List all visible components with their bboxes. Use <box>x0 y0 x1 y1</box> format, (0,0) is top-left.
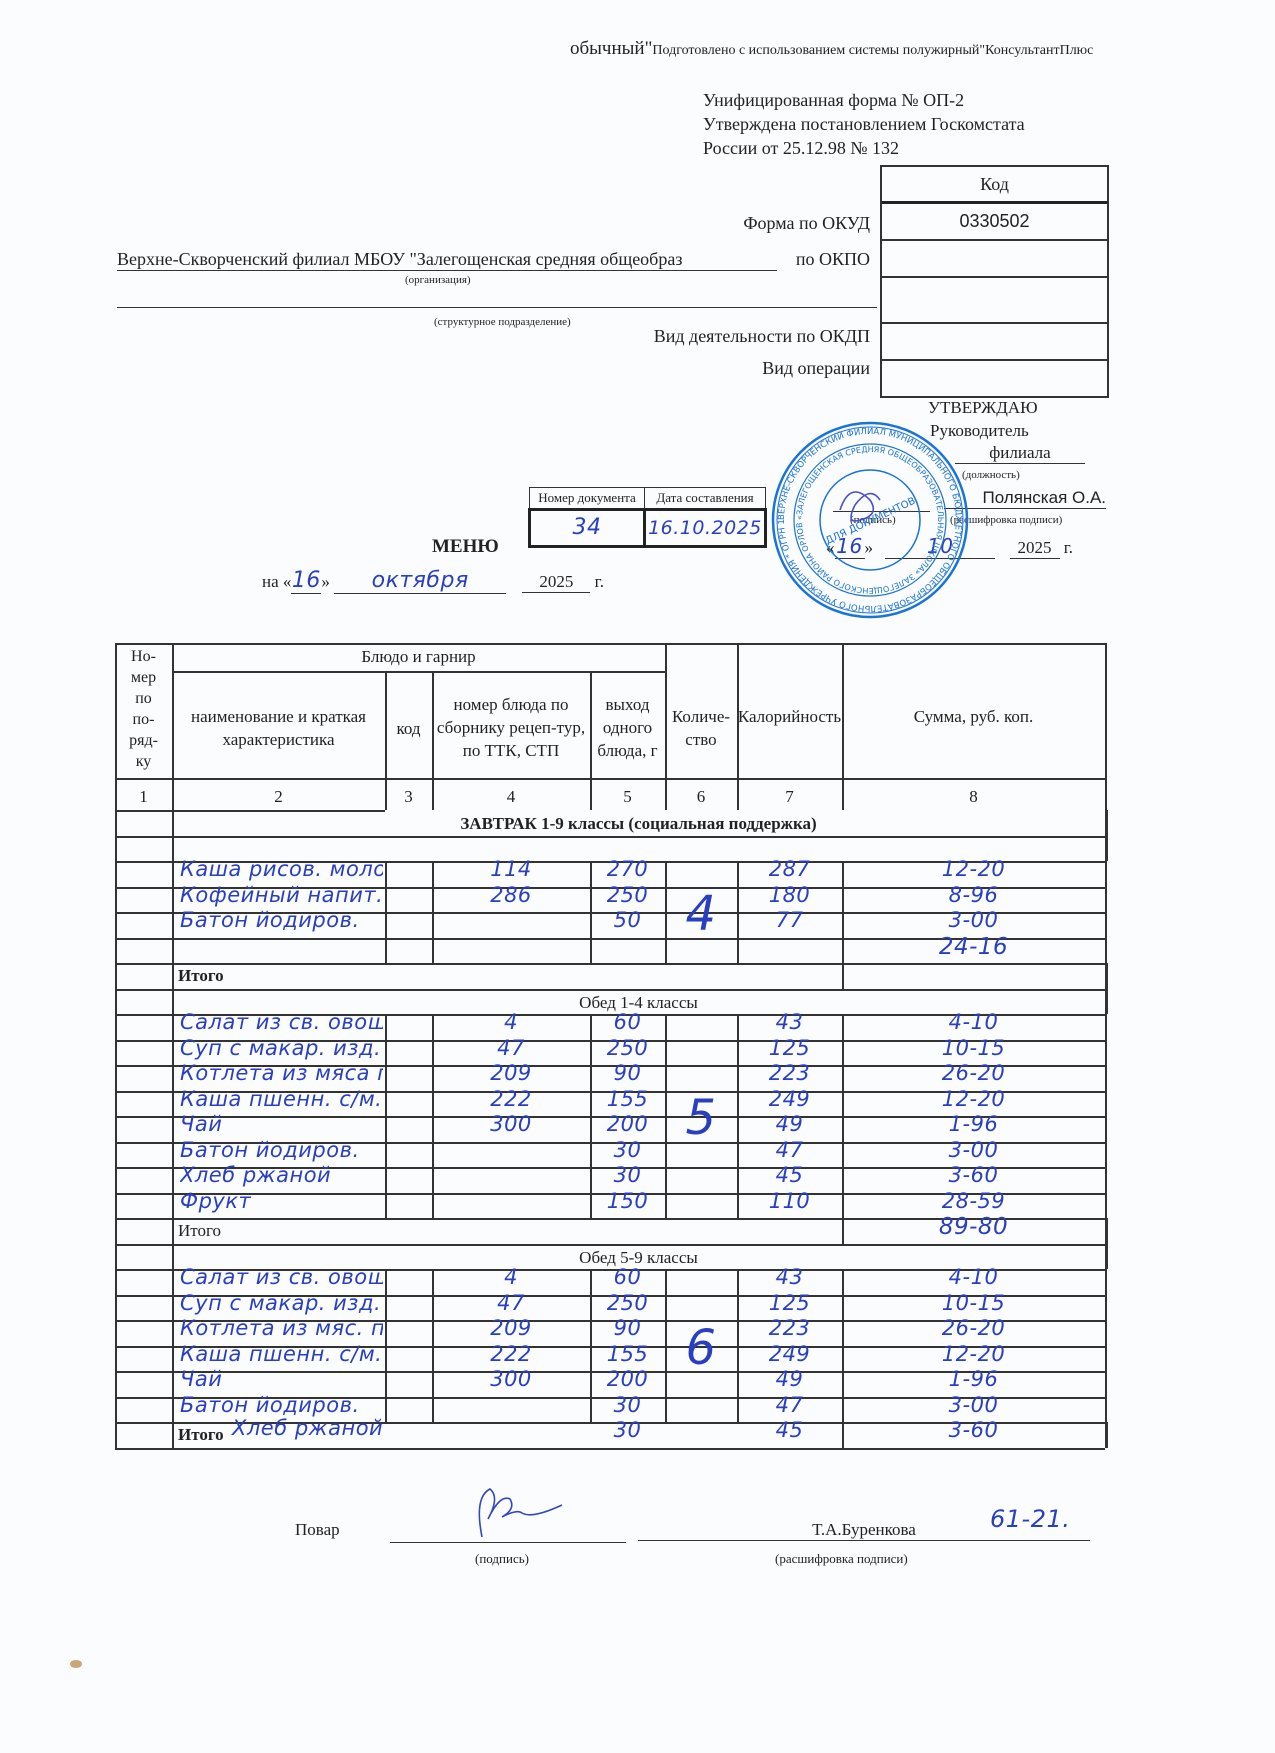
column-divider <box>842 1014 844 1218</box>
column-divider <box>172 1422 174 1448</box>
column-divider <box>115 1014 117 1218</box>
column-divider <box>1105 861 1107 963</box>
dish-yield[interactable]: 270 <box>590 857 665 881</box>
footer-signature-field[interactable] <box>390 1520 626 1543</box>
dish-name[interactable]: Хлеб ржаной <box>232 1416 383 1440</box>
approval-title: УТВЕРЖДАЮ <box>928 398 1038 418</box>
row-divider <box>115 1448 1105 1451</box>
dish-name[interactable]: Хлеб ржаной <box>180 1163 383 1187</box>
column-divider <box>737 1269 739 1422</box>
dish-name[interactable]: Суп с макар. изд. <box>180 1036 383 1060</box>
menu-date: на «16» октября 2025 г. <box>262 568 604 594</box>
column-divider <box>1105 1244 1108 1270</box>
column-number-4: 4 <box>432 785 590 808</box>
section-quantity[interactable]: 4 <box>665 886 737 942</box>
dish-calories[interactable]: 49 <box>737 1367 842 1391</box>
dish-sum[interactable]: 12-20 <box>842 857 1105 881</box>
column-divider <box>115 963 117 989</box>
column-divider <box>590 1269 592 1422</box>
section-quantity[interactable]: 5 <box>665 1090 737 1146</box>
section-subtotal: 24-16 <box>842 934 1105 960</box>
header-qty: Количе-ство <box>665 705 737 751</box>
dish-yield[interactable]: 250 <box>590 1036 665 1060</box>
approval-position-line2[interactable]: филиала <box>955 443 1085 464</box>
dish-sum[interactable]: 28-59 <box>842 1189 1105 1213</box>
dish-name[interactable]: Котлета из мяса птицы. <box>180 1061 383 1085</box>
paper-speck <box>70 1660 82 1668</box>
column-divider <box>115 861 117 963</box>
grand-total: 61-21. <box>990 1505 1070 1533</box>
column-divider <box>1105 1269 1107 1422</box>
column-divider <box>842 1218 844 1244</box>
dish-yield[interactable]: 30 <box>590 1393 665 1417</box>
column-number-3: 3 <box>385 785 432 808</box>
header-dish-group: Блюдо и гарнир <box>172 645 665 668</box>
form-info-line2: Утверждена постановлением Госкомстата <box>703 112 1025 136</box>
column-divider <box>115 1218 117 1244</box>
dish-recipe-number[interactable]: 114 <box>432 857 590 881</box>
quote-open: « <box>283 572 292 591</box>
footer-role: Повар <box>295 1520 340 1540</box>
column-divider <box>432 1269 434 1422</box>
dish-yield[interactable]: 60 <box>590 1265 665 1289</box>
dish-yield[interactable]: 30 <box>590 1163 665 1187</box>
column-divider <box>115 836 117 862</box>
footer-name-caption: (расшифровка подписи) <box>775 1551 908 1567</box>
dish-name[interactable]: Батон йодиров. <box>180 908 383 932</box>
column-divider <box>737 861 739 963</box>
dish-sum[interactable]: 4-10 <box>842 1265 1105 1289</box>
dish-calories[interactable]: 223 <box>737 1061 842 1085</box>
column-divider <box>590 1014 592 1218</box>
menu-month[interactable]: октября <box>334 568 506 594</box>
dish-recipe-number[interactable]: 286 <box>432 883 590 907</box>
cook-signature <box>460 1482 620 1542</box>
consultant-note: обычный"Подготовлено с использованием си… <box>570 38 1093 60</box>
dish-name[interactable]: Кофейный напит. <box>180 883 383 907</box>
column-number-5: 5 <box>590 785 665 808</box>
okud-label: Форма по ОКУД <box>743 213 870 234</box>
dish-calories[interactable]: 287 <box>737 857 842 881</box>
dish-calories[interactable]: 47 <box>737 1138 842 1162</box>
header-name: наименование и краткая характеристика <box>172 705 385 751</box>
organization-stamp: ВЕРХНЕ-СКВОРЧЕНСКИЙ ФИЛИАЛ МУНИЦИПАЛЬНОГ… <box>770 420 970 620</box>
dish-name[interactable]: Батон йодиров. <box>180 1138 383 1162</box>
dish-recipe-number[interactable]: 209 <box>432 1061 590 1085</box>
total-label: Итого <box>178 1221 221 1241</box>
dish-calories[interactable]: 49 <box>737 1112 842 1136</box>
dish-name[interactable]: Каша пшенн. с/м. <box>180 1087 383 1111</box>
dish-yield[interactable]: 90 <box>590 1316 665 1340</box>
dish-sum[interactable]: 12-20 <box>842 1087 1105 1111</box>
dish-sum[interactable]: 3-00 <box>842 1393 1105 1417</box>
row-divider <box>115 836 1105 838</box>
division-field[interactable] <box>117 288 877 308</box>
doc-date[interactable]: 16.10.2025 <box>645 510 766 547</box>
column-divider <box>172 963 174 989</box>
header-recipe: номер блюда по сборнику рецеп-тур, по ТТ… <box>432 693 590 762</box>
menu-on-label: на <box>262 572 279 591</box>
column-divider <box>1105 810 1108 836</box>
column-divider <box>172 1014 174 1218</box>
dish-name[interactable]: Фрукт <box>180 1189 383 1213</box>
dish-recipe-number[interactable]: 47 <box>432 1291 590 1315</box>
section-title: ЗАВТРАК 1-9 классы (социальная поддержка… <box>172 812 1105 835</box>
okpo-value-2[interactable] <box>882 276 1107 322</box>
dish-yield[interactable]: 150 <box>590 1189 665 1213</box>
column-number-2: 2 <box>172 785 385 808</box>
column-number-8: 8 <box>842 785 1105 808</box>
dish-name[interactable]: Чай <box>180 1112 383 1136</box>
dish-calories[interactable]: 125 <box>737 1291 842 1315</box>
column-divider <box>842 1422 844 1448</box>
column-divider <box>385 861 387 963</box>
dish-recipe-number[interactable]: 47 <box>432 1036 590 1060</box>
header-code: код <box>385 717 432 740</box>
dish-name[interactable]: Каша рисов. молочн. <box>180 857 383 881</box>
dish-yield[interactable]: 30 <box>590 1418 665 1442</box>
column-divider <box>842 963 844 989</box>
approval-year-suffix: г. <box>1064 538 1073 557</box>
dish-name[interactable]: Суп с макар. изд. <box>180 1291 383 1315</box>
dish-name[interactable]: Салат из св. овощ. <box>180 1010 383 1034</box>
okud-value[interactable]: 0330502 <box>882 201 1107 239</box>
dish-yield[interactable]: 90 <box>590 1061 665 1085</box>
dish-sum[interactable]: 26-20 <box>842 1316 1105 1340</box>
dish-name[interactable]: Каша пшенн. с/м. <box>180 1342 383 1366</box>
organization-name[interactable]: Верхне-Скворченский филиал МБОУ "Залегощ… <box>117 249 777 271</box>
dish-sum[interactable]: 3-60 <box>842 1418 1105 1442</box>
header-yield: выход одного блюда, г <box>590 693 665 762</box>
document-title: МЕНЮ <box>432 536 499 558</box>
dish-name[interactable]: Салат из св. овощ. <box>180 1265 383 1289</box>
dish-calories[interactable]: 110 <box>737 1189 842 1213</box>
column-divider <box>1105 1422 1108 1448</box>
column-divider <box>737 1014 739 1218</box>
operation-value[interactable] <box>882 359 1107 396</box>
dish-sum[interactable]: 1-96 <box>842 1367 1105 1391</box>
section-total: 89-80 <box>842 1214 1105 1240</box>
column-divider <box>590 861 592 963</box>
column-number-1: 1 <box>115 785 172 808</box>
dish-recipe-number[interactable]: 4 <box>432 1010 590 1034</box>
column-divider <box>172 861 174 963</box>
column-divider <box>172 836 174 862</box>
dish-sum[interactable]: 3-00 <box>842 1138 1105 1162</box>
column-divider <box>172 1269 174 1422</box>
dish-sum[interactable]: 1-96 <box>842 1112 1105 1136</box>
okpo-value[interactable] <box>882 239 1107 276</box>
dish-yield[interactable]: 30 <box>590 1138 665 1162</box>
dish-yield[interactable]: 50 <box>590 908 665 932</box>
menu-year-suffix: г. <box>595 572 604 591</box>
dish-yield[interactable]: 60 <box>590 1010 665 1034</box>
okdp-value[interactable] <box>882 322 1107 359</box>
consultant-note-prefix: обычный" <box>570 38 652 59</box>
dish-calories[interactable]: 47 <box>737 1393 842 1417</box>
dish-name[interactable]: Батон йодиров. <box>180 1393 383 1417</box>
column-divider <box>432 1014 434 1218</box>
dish-recipe-number[interactable]: 222 <box>432 1342 590 1366</box>
dish-yield[interactable]: 250 <box>590 883 665 907</box>
svg-text:ДЛЯ ДОКУМЕНТОВ: ДЛЯ ДОКУМЕНТОВ <box>824 496 917 547</box>
column-divider <box>115 1269 117 1422</box>
dish-sum[interactable]: 3-60 <box>842 1163 1105 1187</box>
dish-calories[interactable]: 125 <box>737 1036 842 1060</box>
total-label: Итого <box>178 1425 224 1445</box>
column-divider <box>1105 963 1108 989</box>
column-divider <box>432 861 434 963</box>
dish-calories[interactable]: 249 <box>737 1087 842 1111</box>
column-divider <box>1105 1014 1107 1218</box>
column-divider <box>1105 989 1108 1015</box>
dish-yield[interactable]: 155 <box>590 1342 665 1366</box>
column-divider <box>385 1014 387 1218</box>
doc-date-header: Дата составления <box>645 488 766 510</box>
header-sum: Сумма, руб. коп. <box>842 705 1105 728</box>
dish-recipe-number[interactable]: 300 <box>432 1112 590 1136</box>
division-caption: (структурное подразделение) <box>434 316 571 328</box>
approval-position-caption: (должность) <box>962 469 1020 481</box>
dish-recipe-number[interactable]: 222 <box>432 1087 590 1111</box>
menu-year[interactable]: 2025 <box>522 572 590 593</box>
header-calories: Калорийность <box>733 705 846 728</box>
form-info-line1: Унифицированная форма № ОП-2 <box>703 88 1025 112</box>
section-quantity[interactable]: 6 <box>665 1320 737 1376</box>
row-divider <box>115 778 1105 780</box>
dish-sum[interactable]: 10-15 <box>842 1036 1105 1060</box>
okdp-label: Вид деятельности по ОКДП <box>654 326 870 347</box>
dish-recipe-number[interactable]: 209 <box>432 1316 590 1340</box>
approval-year[interactable]: 2025 <box>1010 538 1060 559</box>
operation-label: Вид операции <box>762 358 870 379</box>
dish-sum[interactable]: 26-20 <box>842 1061 1105 1085</box>
column-divider <box>1105 836 1108 862</box>
document-id-box: Номер документа Дата составления 34 16.1… <box>528 487 767 548</box>
dish-calories[interactable]: 180 <box>737 883 842 907</box>
dish-calories[interactable]: 43 <box>737 1265 842 1289</box>
dish-yield[interactable]: 250 <box>590 1291 665 1315</box>
menu-day[interactable]: 16 <box>291 568 321 594</box>
code-box: Код 0330502 <box>880 165 1109 398</box>
okpo-label: по ОКПО <box>796 249 870 270</box>
column-divider <box>842 1269 844 1422</box>
dish-sum[interactable]: 8-96 <box>842 883 1105 907</box>
dish-sum[interactable]: 4-10 <box>842 1010 1105 1034</box>
dish-yield[interactable]: 200 <box>590 1112 665 1136</box>
column-divider <box>172 1218 174 1244</box>
column-divider <box>385 1269 387 1422</box>
dish-yield[interactable]: 200 <box>590 1367 665 1391</box>
column-divider <box>115 1244 117 1270</box>
dish-calories[interactable]: 45 <box>737 1163 842 1187</box>
dish-calories[interactable]: 249 <box>737 1342 842 1366</box>
dish-yield[interactable]: 155 <box>590 1087 665 1111</box>
doc-number-header: Номер документа <box>530 488 645 510</box>
form-info: Унифицированная форма № ОП-2 Утверждена … <box>703 88 1025 160</box>
dish-name[interactable]: Чай <box>180 1367 383 1391</box>
column-divider <box>115 1422 117 1448</box>
dish-name[interactable]: Котлета из мяс. птиц. <box>180 1316 383 1340</box>
column-divider <box>1105 643 1107 810</box>
column-number-6: 6 <box>665 785 737 808</box>
column-divider <box>115 989 117 1015</box>
dish-calories[interactable]: 45 <box>737 1418 842 1442</box>
dish-recipe-number[interactable]: 300 <box>432 1367 590 1391</box>
dish-sum[interactable]: 10-15 <box>842 1291 1105 1315</box>
column-divider <box>1105 1218 1108 1244</box>
column-divider <box>115 810 117 836</box>
organization-caption: (организация) <box>405 274 471 286</box>
code-header: Код <box>882 166 1107 201</box>
row-divider <box>115 963 1105 965</box>
dish-sum[interactable]: 3-00 <box>842 908 1105 932</box>
dish-calories[interactable]: 77 <box>737 908 842 932</box>
dish-sum[interactable]: 12-20 <box>842 1342 1105 1366</box>
dish-calories[interactable]: 223 <box>737 1316 842 1340</box>
quote-close: » <box>321 572 330 591</box>
dish-recipe-number[interactable]: 4 <box>432 1265 590 1289</box>
consultant-note-text: Подготовлено с использованием системы по… <box>652 43 1093 58</box>
footer-signature-caption: (подпись) <box>475 1551 529 1567</box>
column-number-7: 7 <box>737 785 842 808</box>
column-divider <box>842 861 844 963</box>
form-info-line3: России от 25.12.98 № 132 <box>703 136 1025 160</box>
total-label: Итого <box>178 966 224 986</box>
dish-calories[interactable]: 43 <box>737 1010 842 1034</box>
doc-number[interactable]: 34 <box>530 510 645 547</box>
header-num: Но- мер по по- ряд- ку <box>115 646 172 772</box>
